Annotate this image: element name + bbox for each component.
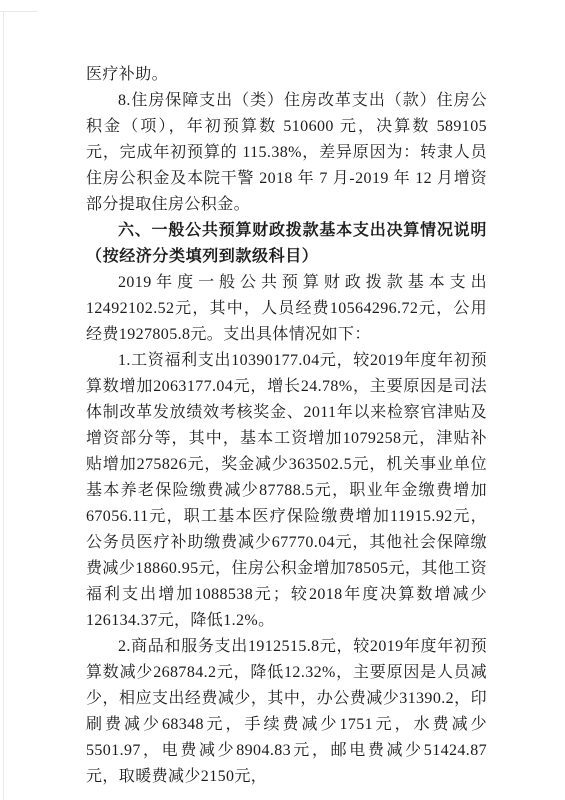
paragraph-wage-welfare-expenditure: 1.工资福利支出10390177.04元，较2019年度年初预算数增加20631…	[86, 348, 487, 634]
paragraph-basic-expenditure-overview: 2019年度一般公共预算财政拨款基本支出12492102.52元，其中，人员经费…	[86, 270, 487, 348]
document-body: 医疗补助。 8.住房保障支出（类）住房改革支出（款）住房公积金（项），年初预算数…	[86, 62, 487, 790]
scan-edge-artifact-top	[0, 11, 38, 12]
document-page: 医疗补助。 8.住房保障支出（类）住房改革支出（款）住房公积金（项），年初预算数…	[0, 0, 565, 800]
paragraph-housing-security: 8.住房保障支出（类）住房改革支出（款）住房公积金（项），年初预算数 51060…	[86, 88, 487, 218]
paragraph-continuation: 医疗补助。	[86, 62, 487, 88]
section-heading-basic-expenditure: 六、一般公共预算财政拨款基本支出决算情况说明（按经济分类填列到款级科目）	[86, 218, 487, 270]
paragraph-goods-services-expenditure: 2.商品和服务支出1912515.8元，较2019年度年初预算数减少268784…	[86, 634, 487, 790]
scan-edge-artifact-left	[3, 12, 4, 800]
